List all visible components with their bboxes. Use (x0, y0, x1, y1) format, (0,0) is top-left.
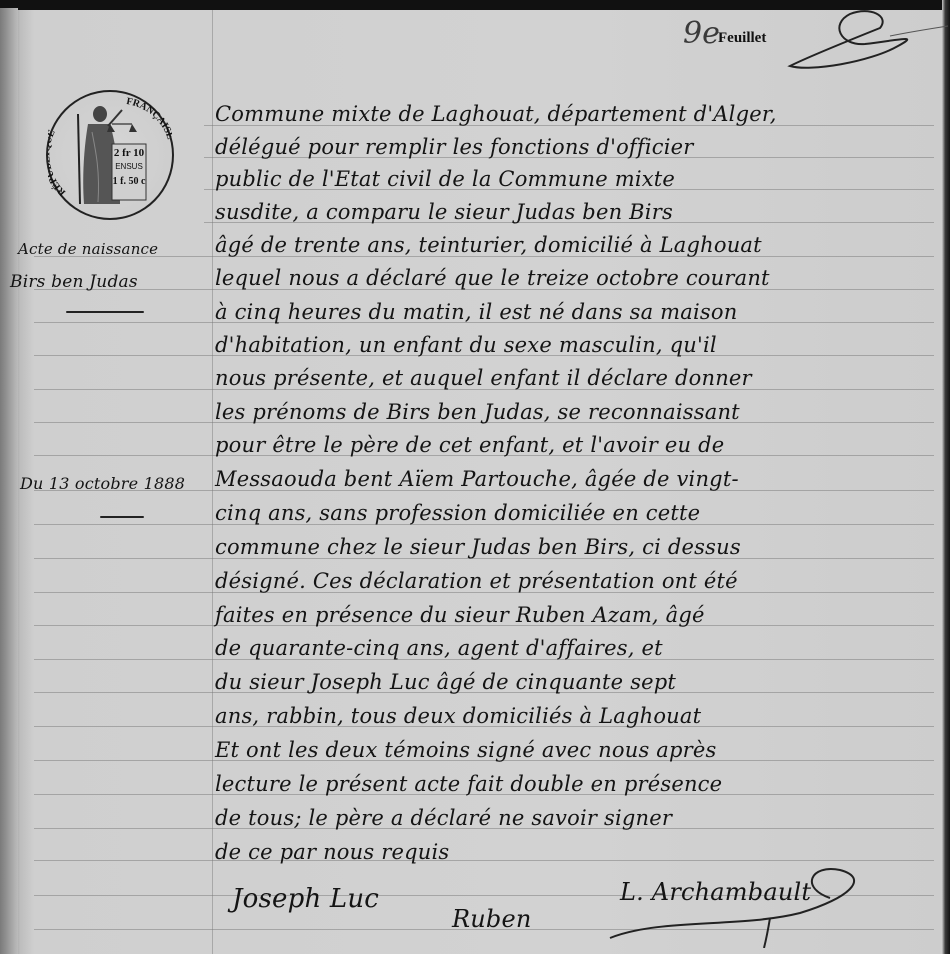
sheet-label: Feuillet (718, 30, 766, 47)
body-line-12: Messaouda bent Aïem Partouche, âgée de v… (215, 467, 739, 491)
stamp-ring-left: RÉPUBLIQUE (48, 128, 68, 198)
body-line-3: public de l'Etat civil de la Commune mix… (215, 167, 675, 191)
svg-text:FRANÇAISE: FRANÇAISE (125, 96, 172, 141)
stamp-value-bottom: 1 f. 50 c (110, 176, 148, 187)
body-line-18: du sieur Joseph Luc âgé de cinquante sep… (215, 670, 676, 694)
body-line-22: de tous; le père a déclaré ne savoir sig… (215, 806, 672, 830)
margin-rule (212, 8, 213, 954)
body-line-9: nous présente, et auquel enfant il décla… (215, 366, 752, 390)
body-line-2: délégué pour remplir les fonctions d'off… (215, 135, 694, 159)
body-line-6: lequel nous a déclaré que le treize octo… (215, 266, 770, 290)
stamp-value-top: 2 fr 10 (112, 147, 146, 159)
stamp-ring-right: FRANÇAISE (125, 96, 172, 141)
body-line-1: Commune mixte de Laghouat, département d… (215, 102, 777, 126)
scanned-register-page: 9e Feuillet RÉPUBLIQUE FRANÇAISE (0, 0, 950, 954)
fiscal-stamp: RÉPUBLIQUE FRANÇAISE 2 fr 10 ENSUS 1 f. … (46, 90, 174, 220)
svg-text:RÉPUBLIQUE: RÉPUBLIQUE (48, 128, 68, 198)
body-line-4: susdite, a comparu le sieur Judas ben Bi… (215, 200, 673, 224)
margin-child-name: Birs ben Judas (10, 272, 138, 292)
margin-date: Du 13 octobre 1888 (20, 474, 185, 493)
binding-shadow (0, 8, 18, 954)
body-line-21: lecture le présent acte fait double en p… (215, 772, 722, 796)
body-line-13: cinq ans, sans profession domiciliée en … (215, 501, 700, 525)
paraph-flourish-icon (770, 6, 950, 76)
body-line-8: d'habitation, un enfant du sexe masculin… (215, 333, 717, 357)
body-line-5: âgé de trente ans, teinturier, domicilié… (215, 233, 762, 257)
justice-figure-icon: RÉPUBLIQUE FRANÇAISE (48, 92, 172, 218)
body-line-17: de quarante-cinq ans, agent d'affaires, … (215, 636, 663, 660)
officer-signature-flourish-icon (600, 858, 890, 948)
stamp-value-suffix: ENSUS (110, 162, 148, 171)
body-line-15: désigné. Ces déclaration et présentation… (215, 569, 738, 593)
body-line-7: à cinq heures du matin, il est né dans s… (215, 300, 737, 324)
body-line-20: Et ont les deux témoins signé avec nous … (215, 738, 717, 762)
body-line-23: de ce par nous requis (215, 840, 449, 864)
signature-ruben: Ruben (452, 905, 532, 933)
body-line-10: les prénoms de Birs ben Judas, se reconn… (215, 400, 740, 424)
sheet-number: 9e (683, 16, 720, 51)
margin-date-underline (100, 516, 144, 518)
signature-joseph-luc: Joseph Luc (232, 884, 379, 914)
body-line-11: pour être le père de cet enfant, et l'av… (215, 433, 724, 457)
body-line-19: ans, rabbin, tous deux domiciliés à Lagh… (215, 704, 701, 728)
body-line-14: commune chez le sieur Judas ben Birs, ci… (215, 535, 741, 559)
scan-right-edge (942, 0, 950, 954)
margin-name-underline (66, 311, 144, 313)
margin-act-title: Acte de naissance (18, 240, 158, 258)
body-line-16: faites en présence du sieur Ruben Azam, … (215, 603, 705, 627)
